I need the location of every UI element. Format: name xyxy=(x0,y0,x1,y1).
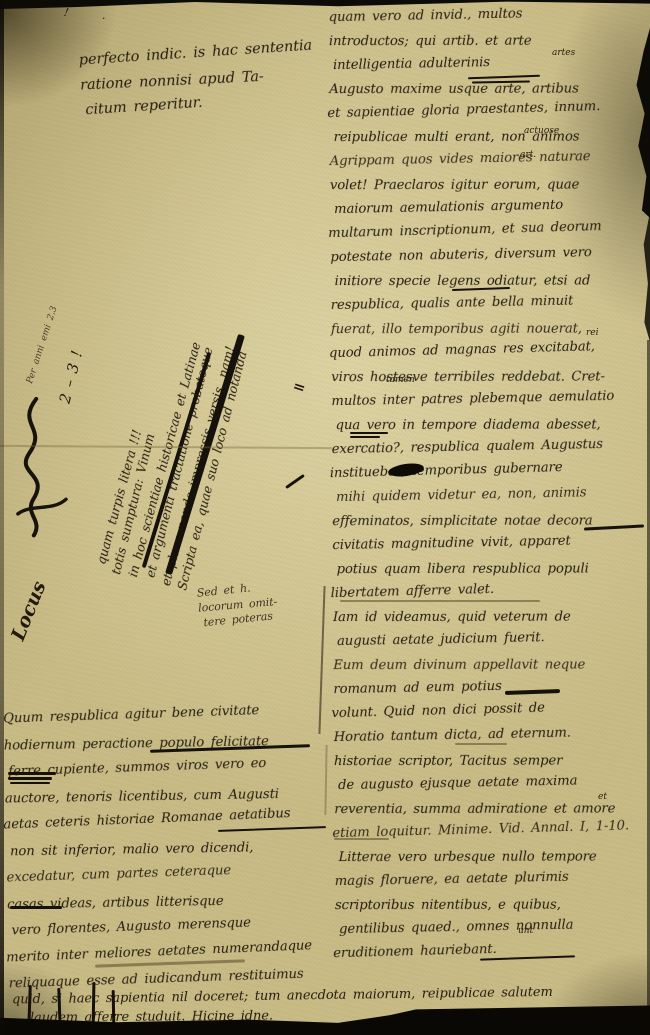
dash-mark xyxy=(285,474,305,489)
signature-scrawl-icon xyxy=(0,388,81,547)
underline-mark xyxy=(10,782,50,784)
right-column: quam vero ad invid., multosintroductos; … xyxy=(329,4,650,966)
superscript-insertion: art. xyxy=(520,150,536,160)
handwriting-line: magis floruere, ea aetate plurimis xyxy=(335,864,650,894)
handwriting-line: multos inter patres plebemque aemulatio xyxy=(331,384,647,414)
manuscript-page: ! · perfecto indic. is hac sententiarati… xyxy=(0,0,650,1035)
handwriting-line: civitatis magnitudine vivit, apparet xyxy=(332,528,648,558)
underline-mark xyxy=(455,743,507,745)
superscript-insertion: actuose xyxy=(524,126,559,136)
superscript-insertion: et xyxy=(598,792,607,802)
superscript-insertion: unt xyxy=(518,926,533,936)
superscript-insertion: tamen xyxy=(386,375,415,385)
handwriting-line: augusti aetate judicium fuerit. xyxy=(337,624,649,654)
handwriting-line: Horatio tantum dicta, ad eternum. xyxy=(334,720,650,750)
margin-label: Locus xyxy=(7,578,50,643)
handwriting-line: mihi quidem videtur ea, non, animis xyxy=(336,480,648,510)
margin-small-note: Per anni emi 2.3 xyxy=(25,305,59,385)
underline-mark xyxy=(10,906,62,909)
rotated-note: Scripta ea, quae suo loco ad notandaet p… xyxy=(91,305,279,597)
handwriting-line: intelligentia adulterinis xyxy=(333,48,645,78)
underline-mark xyxy=(8,777,52,780)
underline-mark xyxy=(8,772,56,775)
underline-mark xyxy=(340,600,540,602)
handwriting-line: respublica, qualis ante bella minuit xyxy=(331,288,647,318)
margin-score-note: 2 – 3 ! xyxy=(56,349,86,405)
superscript-insertion: rei xyxy=(586,328,599,338)
top-dot-mark: · xyxy=(102,12,105,25)
superscript-insertion: artes xyxy=(552,48,575,58)
underline-mark xyxy=(334,838,389,840)
side-note: Sed et h.locorum omit-tere poteras xyxy=(196,574,329,630)
handwriting-line: potestate non abuteris, diversum vero xyxy=(330,240,646,270)
handwriting-line: Quum respublica agitur bene civitate xyxy=(3,696,334,733)
top-exclamation-mark: ! xyxy=(63,6,70,20)
equals-mark: = xyxy=(291,377,308,398)
handwriting-line: Agrippam quos vides maiores naturae xyxy=(330,144,646,174)
top-left-note: perfecto indic. is hac sententiaratione … xyxy=(78,36,332,124)
underline-mark xyxy=(350,432,388,434)
underline-mark xyxy=(350,436,380,438)
edge-left-border xyxy=(0,0,4,1035)
